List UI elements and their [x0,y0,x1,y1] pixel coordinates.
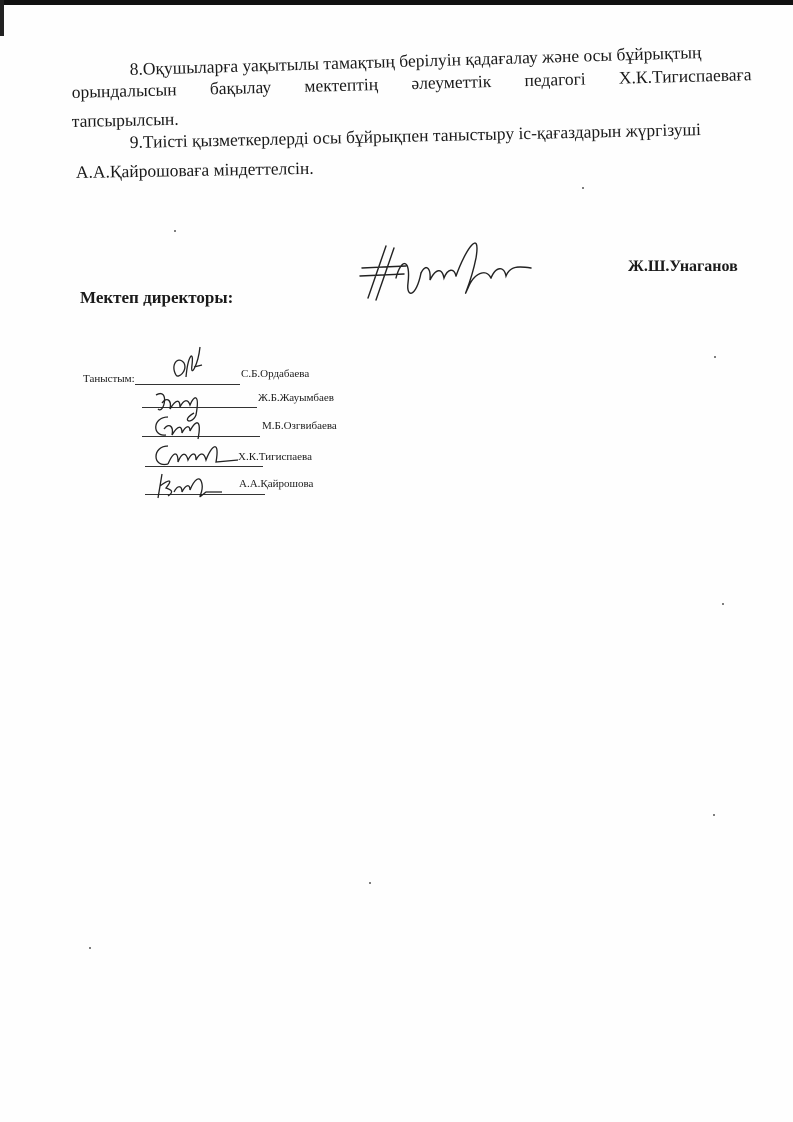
acknowledgement-label: Таныстым: [83,373,135,385]
acknowledgement-name: М.Б.Озгвибаева [262,420,337,432]
signature-icon [150,440,240,472]
scan-speck [714,356,716,358]
director-signature-icon [356,228,536,308]
signature-icon [150,470,225,504]
item-9-line-1: 9.Тиісті қызметкерлерді осы бұйрықпен та… [130,121,701,151]
acknowledgement-name: А.А.Қайрошова [239,478,313,490]
scan-speck [89,947,91,949]
acknowledgement-name: Ж.Б.Жауымбаев [258,392,334,404]
acknowledgement-name: С.Б.Ордабаева [241,368,309,380]
word: орындалысын [72,81,177,101]
director-label: Мектеп директоры: [80,288,233,308]
signature-icon [148,413,210,443]
scan-speck [722,603,724,605]
item-8-line-3: тапсырылсын. [72,111,179,131]
document-page: 8.Оқушыларға уақытылы тамақтың берілуін … [0,0,793,1122]
word: мектептің [304,76,378,95]
word: педагогі [524,71,586,90]
word: бақылау [210,79,272,98]
signature-icon [168,345,208,387]
director-name: Ж.Ш.Унаганов [628,258,738,276]
word: Х.К.Тигиспаеваға [619,66,752,87]
acknowledgement-name: Х.К.Тигиспаева [238,451,312,463]
word: әлеуметтік [411,73,491,93]
scan-speck [713,814,715,816]
item-9-line-2: А.А.Қайрошоваға міндеттелсін. [76,160,314,182]
scan-speck [174,230,176,232]
scan-speck [369,882,371,884]
scan-speck [582,187,584,189]
